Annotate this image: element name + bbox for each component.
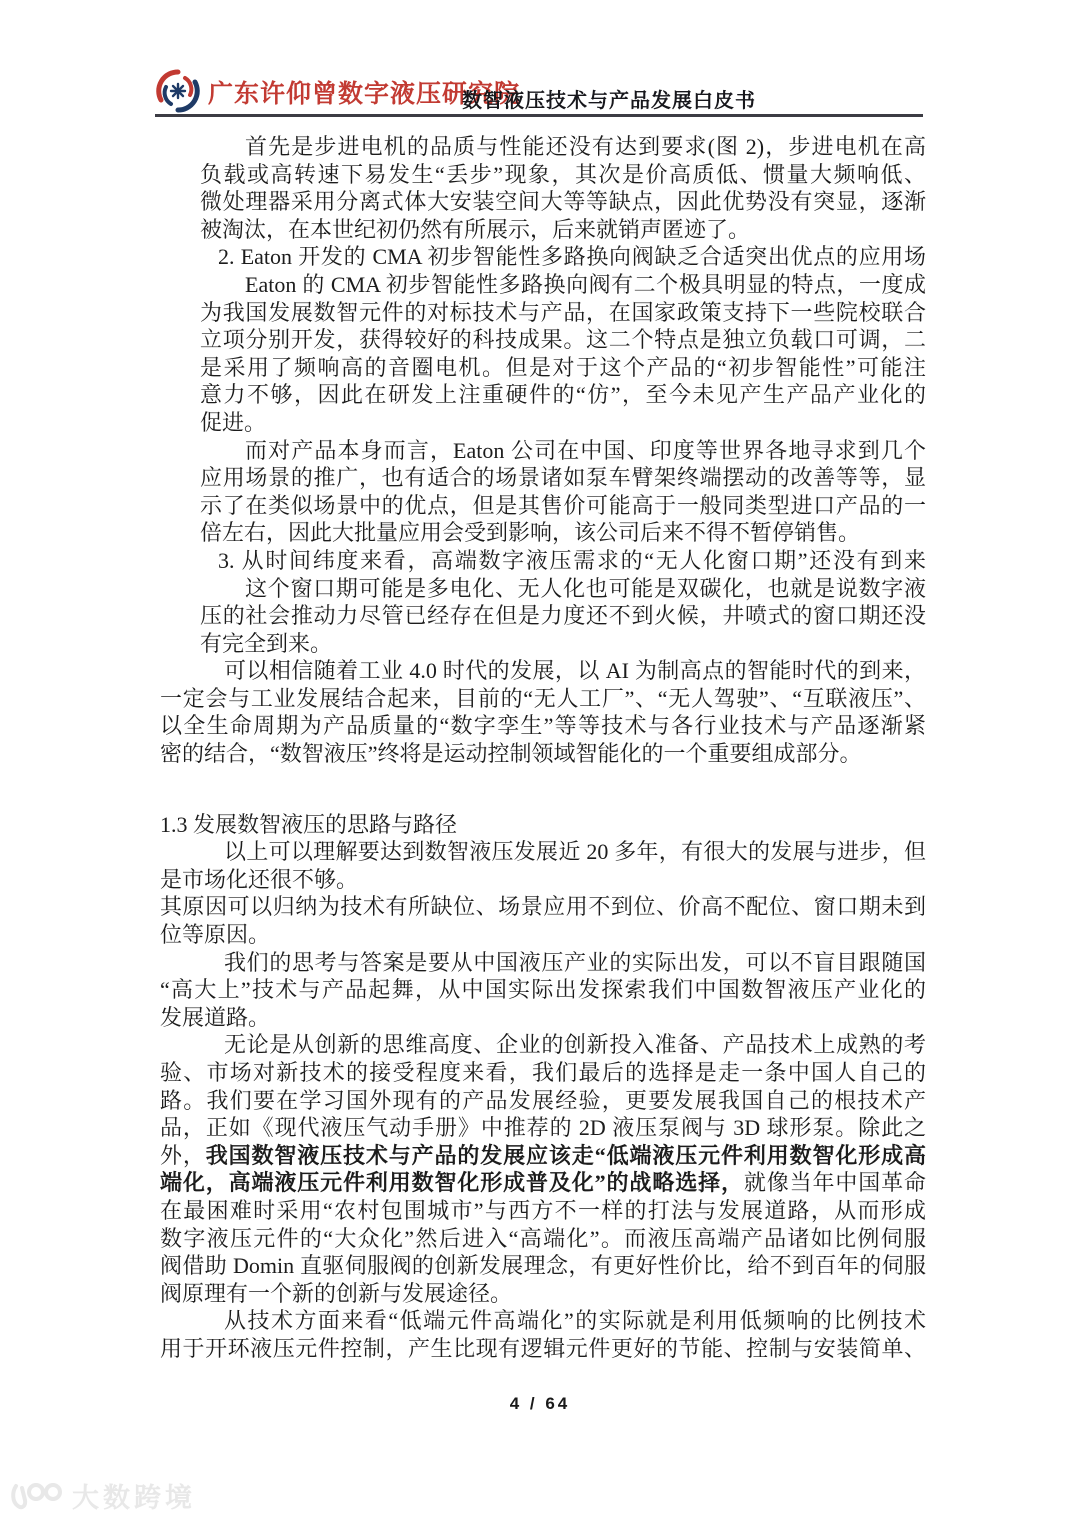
text-run: 无论是从创新的思维高度、企业的创新投入准备、产品技术上成熟的考	[224, 1032, 926, 1057]
text-run: 在最困难时采用“农村包围城市”与西方不一样的打法与发展道路，从而形成	[160, 1198, 926, 1223]
text-run: 用于开环液压元件控制，产生比现有逻辑元件更好的节能、控制与安装简单、	[160, 1336, 926, 1361]
text-run: 促进。	[200, 410, 266, 435]
text-run: 阀借助 Domin 直驱伺服阀的创新发展理念，有更好性价比，给不到百年的伺服	[160, 1253, 926, 1278]
text-line: 立项分别开发，获得较好的科技成果。这二个特点是独立负载口可调，二	[200, 326, 926, 354]
text-line: 以上可以理解要达到数智液压发展近 20 多年，有很大的发展与进步，但	[224, 838, 926, 866]
text-run: 有完全到来。	[200, 631, 332, 656]
text-line: 示了在类似场景中的优点，但是其售价可能高于一般同类型进口产品的一	[200, 492, 926, 520]
text-line: 这个窗口期可能是多电化、无人化也可能是双碳化，也就是说数字液	[245, 575, 926, 603]
text-line: 2. Eaton 开发的 CMA 初步智能性多路换向阀缺乏合适突出优点的应用场景	[218, 243, 926, 271]
text-run: 是采用了频响高的音圈电机。但是对于这个产品的“初步智能性”可能注	[200, 355, 926, 380]
text-run: 而对产品本身而言，Eaton 公司在中国、印度等世界各地寻求到几个	[245, 438, 926, 463]
page-number: 4 / 64	[0, 1394, 1080, 1414]
text-run: 我们的思考与答案是要从中国液压产业的实际出发，可以不盲目跟随国外	[224, 950, 926, 977]
text-run: 以全生命周期为产品质量的“数字孪生”等等技术与各行业技术与产品逐渐紧	[160, 713, 926, 738]
text-line: 可以相信随着工业 4.0 时代的发展，以 AI 为制高点的智能时代的到来，	[224, 657, 926, 685]
text-run: 首先是步进电机的品质与性能还没有达到要求(图 2)，步进电机在高	[245, 134, 926, 159]
text-line: 端化，高端液压元件利用数智化形成普及化”的战略选择，就像当年中国革命	[160, 1169, 926, 1197]
text-run: 立项分别开发，获得较好的科技成果。这二个特点是独立负载口可调，二	[200, 327, 926, 352]
text-run: 意力不够，因此在研发上注重硬件的“仿”，至今未见产生产品产业化的	[200, 382, 926, 407]
text-line: 压的社会推动力尽管已经存在但是力度还不到火候，井喷式的窗口期还没	[200, 602, 926, 630]
text-line: 以全生命周期为产品质量的“数字孪生”等等技术与各行业技术与产品逐渐紧	[160, 712, 926, 740]
text-run: Eaton 的 CMA 初步智能性多路换向阀有二个极具明显的特点，一度成	[245, 272, 926, 297]
text-line: 发展道路。	[160, 1004, 926, 1032]
text-line: 为我国发展数智元件的对标技术与产品，在国家政策支持下一些院校联合	[200, 299, 926, 327]
text-run: 从技术方面来看“低端元件高端化”的实际就是利用低频响的比例技术	[224, 1308, 926, 1333]
text-run: 倍左右，因此大批量应用会受到影响，该公司后来不得不暂停销售。	[200, 520, 860, 545]
text-run: 微处理器采用分离式体大安装空间大等等缺点，因此优势没有突显，逐渐	[200, 189, 926, 214]
text-run: 一定会与工业发展结合起来，目前的“无人工厂”、“无人驾驶”、“互联液压”、	[160, 686, 926, 711]
text-line: 阀原理有一个新的创新与发展途径。	[160, 1280, 926, 1308]
text-run: 可以相信随着工业 4.0 时代的发展，以 AI 为制高点的智能时代的到来，	[224, 658, 926, 683]
bold-text-run: 我国数智液压技术与产品的发展应该走“低端液压元件利用数智化形成高	[206, 1143, 926, 1168]
text-line: 其原因可以归纳为技术有所缺位、场景应用不到位、价高不配位、窗口期未到	[160, 893, 926, 921]
document-title: 数智液压技术与产品发展白皮书	[462, 84, 756, 113]
text-run: 阀原理有一个新的创新与发展途径。	[160, 1281, 512, 1306]
text-run: 发展道路。	[160, 1005, 270, 1030]
text-run: 数字液压元件的“大众化”然后进入“高端化”。而液压高端产品诸如比例伺服	[160, 1226, 926, 1251]
text-run: 外，	[160, 1143, 206, 1168]
text-line: 是采用了频响高的音圈电机。但是对于这个产品的“初步智能性”可能注	[200, 354, 926, 382]
text-line: 验、市场对新技术的接受程度来看，我们最后的选择是走一条中国人自己的	[160, 1059, 926, 1087]
text-line: 而对产品本身而言，Eaton 公司在中国、印度等世界各地寻求到几个	[245, 437, 926, 465]
text-run: 是市场化还很不够。	[160, 867, 358, 892]
text-run: 为我国发展数智元件的对标技术与产品，在国家政策支持下一些院校联合	[200, 300, 926, 325]
text-line: 从技术方面来看“低端元件高端化”的实际就是利用低频响的比例技术	[224, 1307, 926, 1335]
text-run: 被淘汰，在本世纪初仍然有所展示，后来就销声匿迹了。	[200, 217, 750, 242]
text-line: 密的结合，“数智液压”终将是运动控制领域智能化的一个重要组成部分。	[160, 740, 926, 768]
text-run: 这个窗口期可能是多电化、无人化也可能是双碳化，也就是说数字液	[245, 576, 926, 601]
text-line: 有完全到来。	[200, 630, 926, 658]
text-line: “高大上”技术与产品起舞，从中国实际出发探索我们中国数智液压产业化的	[160, 976, 926, 1004]
text-line: 阀借助 Domin 直驱伺服阀的创新发展理念，有更好性价比，给不到百年的伺服	[160, 1252, 926, 1280]
text-run: 以上可以理解要达到数智液压发展近 20 多年，有很大的发展与进步，但	[224, 839, 926, 864]
text-run: 3. 从时间纬度来看，高端数字液压需求的“无人化窗口期”还没有到来	[218, 548, 926, 573]
text-run: 应用场景的推广，也有适合的场景诸如泵车臂架终端摆动的改善等等，显	[200, 465, 926, 490]
watermark: 大数跨境	[10, 1476, 196, 1515]
text-line: 被淘汰，在本世纪初仍然有所展示，后来就销声匿迹了。	[200, 216, 926, 244]
text-line: 微处理器采用分离式体大安装空间大等等缺点，因此优势没有突显，逐渐	[200, 188, 926, 216]
text-run: 品，正如《现代液压气动手册》中推荐的 2D 液压泵阀与 3D 球形泵。除此之	[160, 1115, 926, 1140]
text-run: 位等原因。	[160, 922, 270, 947]
text-line: 3. 从时间纬度来看，高端数字液压需求的“无人化窗口期”还没有到来	[218, 547, 926, 575]
watermark-brand: 大数跨境	[72, 1476, 196, 1515]
text-line: 品，正如《现代液压气动手册》中推荐的 2D 液压泵阀与 3D 球形泵。除此之	[160, 1114, 926, 1142]
text-line: 外，我国数智液压技术与产品的发展应该走“低端液压元件利用数智化形成高	[160, 1142, 926, 1170]
header-divider	[155, 114, 923, 117]
text-run: “高大上”技术与产品起舞，从中国实际出发探索我们中国数智液压产业化的	[160, 977, 926, 1002]
text-run: 其原因可以归纳为技术有所缺位、场景应用不到位、价高不配位、窗口期未到	[160, 894, 926, 919]
text-line: 位等原因。	[160, 921, 926, 949]
text-line: Eaton 的 CMA 初步智能性多路换向阀有二个极具明显的特点，一度成	[245, 271, 926, 299]
text-line: 我们的思考与答案是要从中国液压产业的实际出发，可以不盲目跟随国外	[224, 949, 926, 977]
text-run: 负载或高转速下易发生“丢步”现象，其次是价高质低、惯量大频响低、	[200, 162, 926, 187]
institute-logo-icon	[155, 68, 201, 114]
text-line: 是市场化还很不够。	[160, 866, 926, 894]
bold-text-run: 端化，高端液压元件利用数智化形成普及化”的战略选择，	[160, 1170, 744, 1195]
text-line: 首先是步进电机的品质与性能还没有达到要求(图 2)，步进电机在高	[245, 133, 926, 161]
section-heading: 1.3 发展数智液压的思路与路径	[160, 811, 926, 839]
text-line: 数字液压元件的“大众化”然后进入“高端化”。而液压高端产品诸如比例伺服	[160, 1225, 926, 1253]
text-run: 2. Eaton 开发的 CMA 初步智能性多路换向阀缺乏合适突出优点的应用场景	[218, 244, 926, 271]
text-run: 就像当年中国革命	[744, 1170, 926, 1195]
text-line: 用于开环液压元件控制，产生比现有逻辑元件更好的节能、控制与安装简单、	[160, 1335, 926, 1363]
text-line: 促进。	[200, 409, 926, 437]
text-run: 压的社会推动力尽管已经存在但是力度还不到火候，井喷式的窗口期还没	[200, 603, 926, 628]
text-run: 验、市场对新技术的接受程度来看，我们最后的选择是走一条中国人自己的	[160, 1060, 926, 1085]
text-line: 意力不够，因此在研发上注重硬件的“仿”，至今未见产生产品产业化的	[200, 381, 926, 409]
text-line: 负载或高转速下易发生“丢步”现象，其次是价高质低、惯量大频响低、	[200, 161, 926, 189]
text-line: 无论是从创新的思维高度、企业的创新投入准备、产品技术上成熟的考	[224, 1031, 926, 1059]
text-run: 密的结合，“数智液压”终将是运动控制领域智能化的一个重要组成部分。	[160, 741, 862, 766]
text-run: 1.3 发展数智液压的思路与路径	[160, 812, 457, 837]
text-run: 示了在类似场景中的优点，但是其售价可能高于一般同类型进口产品的一	[200, 493, 926, 518]
text-run: 路。我们要在学习国外现有的产品发展经验，更要发展我国自己的根技术产	[160, 1088, 926, 1113]
text-line: 倍左右，因此大批量应用会受到影响，该公司后来不得不暂停销售。	[200, 519, 926, 547]
text-line: 在最困难时采用“农村包围城市”与西方不一样的打法与发展道路，从而形成	[160, 1197, 926, 1225]
text-line: 应用场景的推广，也有适合的场景诸如泵车臂架终端摆动的改善等等，显	[200, 464, 926, 492]
text-line: 路。我们要在学习国外现有的产品发展经验，更要发展我国自己的根技术产	[160, 1087, 926, 1115]
watermark-logo-icon	[10, 1478, 62, 1514]
document-page: 广东许仰曾数字液压研究院 数智液压技术与产品发展白皮书 首先是步进电机的品质与性…	[0, 0, 1080, 1528]
document-body: 首先是步进电机的品质与性能还没有达到要求(图 2)，步进电机在高负载或高转速下易…	[160, 133, 926, 1363]
text-line: 一定会与工业发展结合起来，目前的“无人工厂”、“无人驾驶”、“互联液压”、	[160, 685, 926, 713]
